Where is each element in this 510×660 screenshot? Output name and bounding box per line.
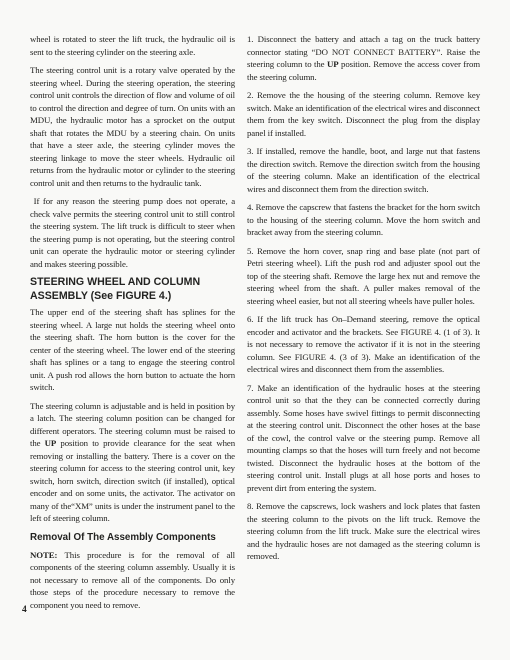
text-segment: 2. Remove the the housing of the steerin…	[247, 90, 480, 138]
bold-text-segment: NOTE:	[30, 550, 57, 560]
paragraph: The upper end of the steering shaft has …	[30, 306, 235, 394]
step-6-paragraph: 6. If the lift truck has On–Demand steer…	[247, 313, 480, 376]
page-number: 4	[22, 605, 27, 615]
text-segment: 3. If installed, remove the handle, boot…	[247, 146, 480, 194]
step-8-paragraph: 8. Remove the capscrews, lock washers an…	[247, 500, 480, 563]
manual-page: wheel is rotated to steer the lift truck…	[0, 0, 510, 660]
left-column: wheel is rotated to steer the lift truck…	[30, 33, 235, 617]
text-segment: This procedure is for the removal of all…	[30, 550, 235, 610]
bold-text-segment: UP	[327, 59, 339, 69]
paragraph: The steering column is adjustable and is…	[30, 400, 235, 525]
subsection-heading: Removal Of The Assembly Components	[30, 531, 235, 544]
right-column: 1. Disconnect the battery and attach a t…	[247, 33, 480, 569]
paragraph: If for any reason the steering pump does…	[30, 195, 235, 270]
step-5-paragraph: 5. Remove the horn cover, snap ring and …	[247, 245, 480, 308]
text-segment: 6. If the lift truck has On–Demand steer…	[247, 314, 480, 374]
text-segment: The upper end of the steering shaft has …	[30, 307, 235, 392]
text-segment: wheel is rotated to steer the lift truck…	[30, 34, 235, 57]
text-segment: 8. Remove the capscrews, lock washers an…	[247, 501, 480, 561]
bold-text-segment: UP	[45, 438, 57, 448]
note-paragraph: NOTE: This procedure is for the removal …	[30, 549, 235, 612]
step-1-paragraph: 1. Disconnect the battery and attach a t…	[247, 33, 480, 83]
text-segment: 7. Make an identification of the hydraul…	[247, 383, 480, 493]
section-heading: STEERING WHEEL AND COLUMN ASSEMBLY (See …	[30, 276, 235, 303]
step-2-paragraph: 2. Remove the the housing of the steerin…	[247, 89, 480, 139]
text-segment: 4. Remove the capscrew that fastens the …	[247, 202, 480, 237]
step-7-paragraph: 7. Make an identification of the hydraul…	[247, 382, 480, 495]
paragraph: The steering control unit is a rotary va…	[30, 64, 235, 189]
text-segment: position to provide clearance for the se…	[30, 438, 235, 523]
text-segment: The steering control unit is a rotary va…	[30, 65, 235, 188]
paragraph-continued: wheel is rotated to steer the lift truck…	[30, 33, 235, 58]
text-segment: 5. Remove the horn cover, snap ring and …	[247, 246, 480, 306]
text-segment: If for any reason the steering pump does…	[30, 196, 235, 269]
step-4-paragraph: 4. Remove the capscrew that fastens the …	[247, 201, 480, 239]
step-3-paragraph: 3. If installed, remove the handle, boot…	[247, 145, 480, 195]
